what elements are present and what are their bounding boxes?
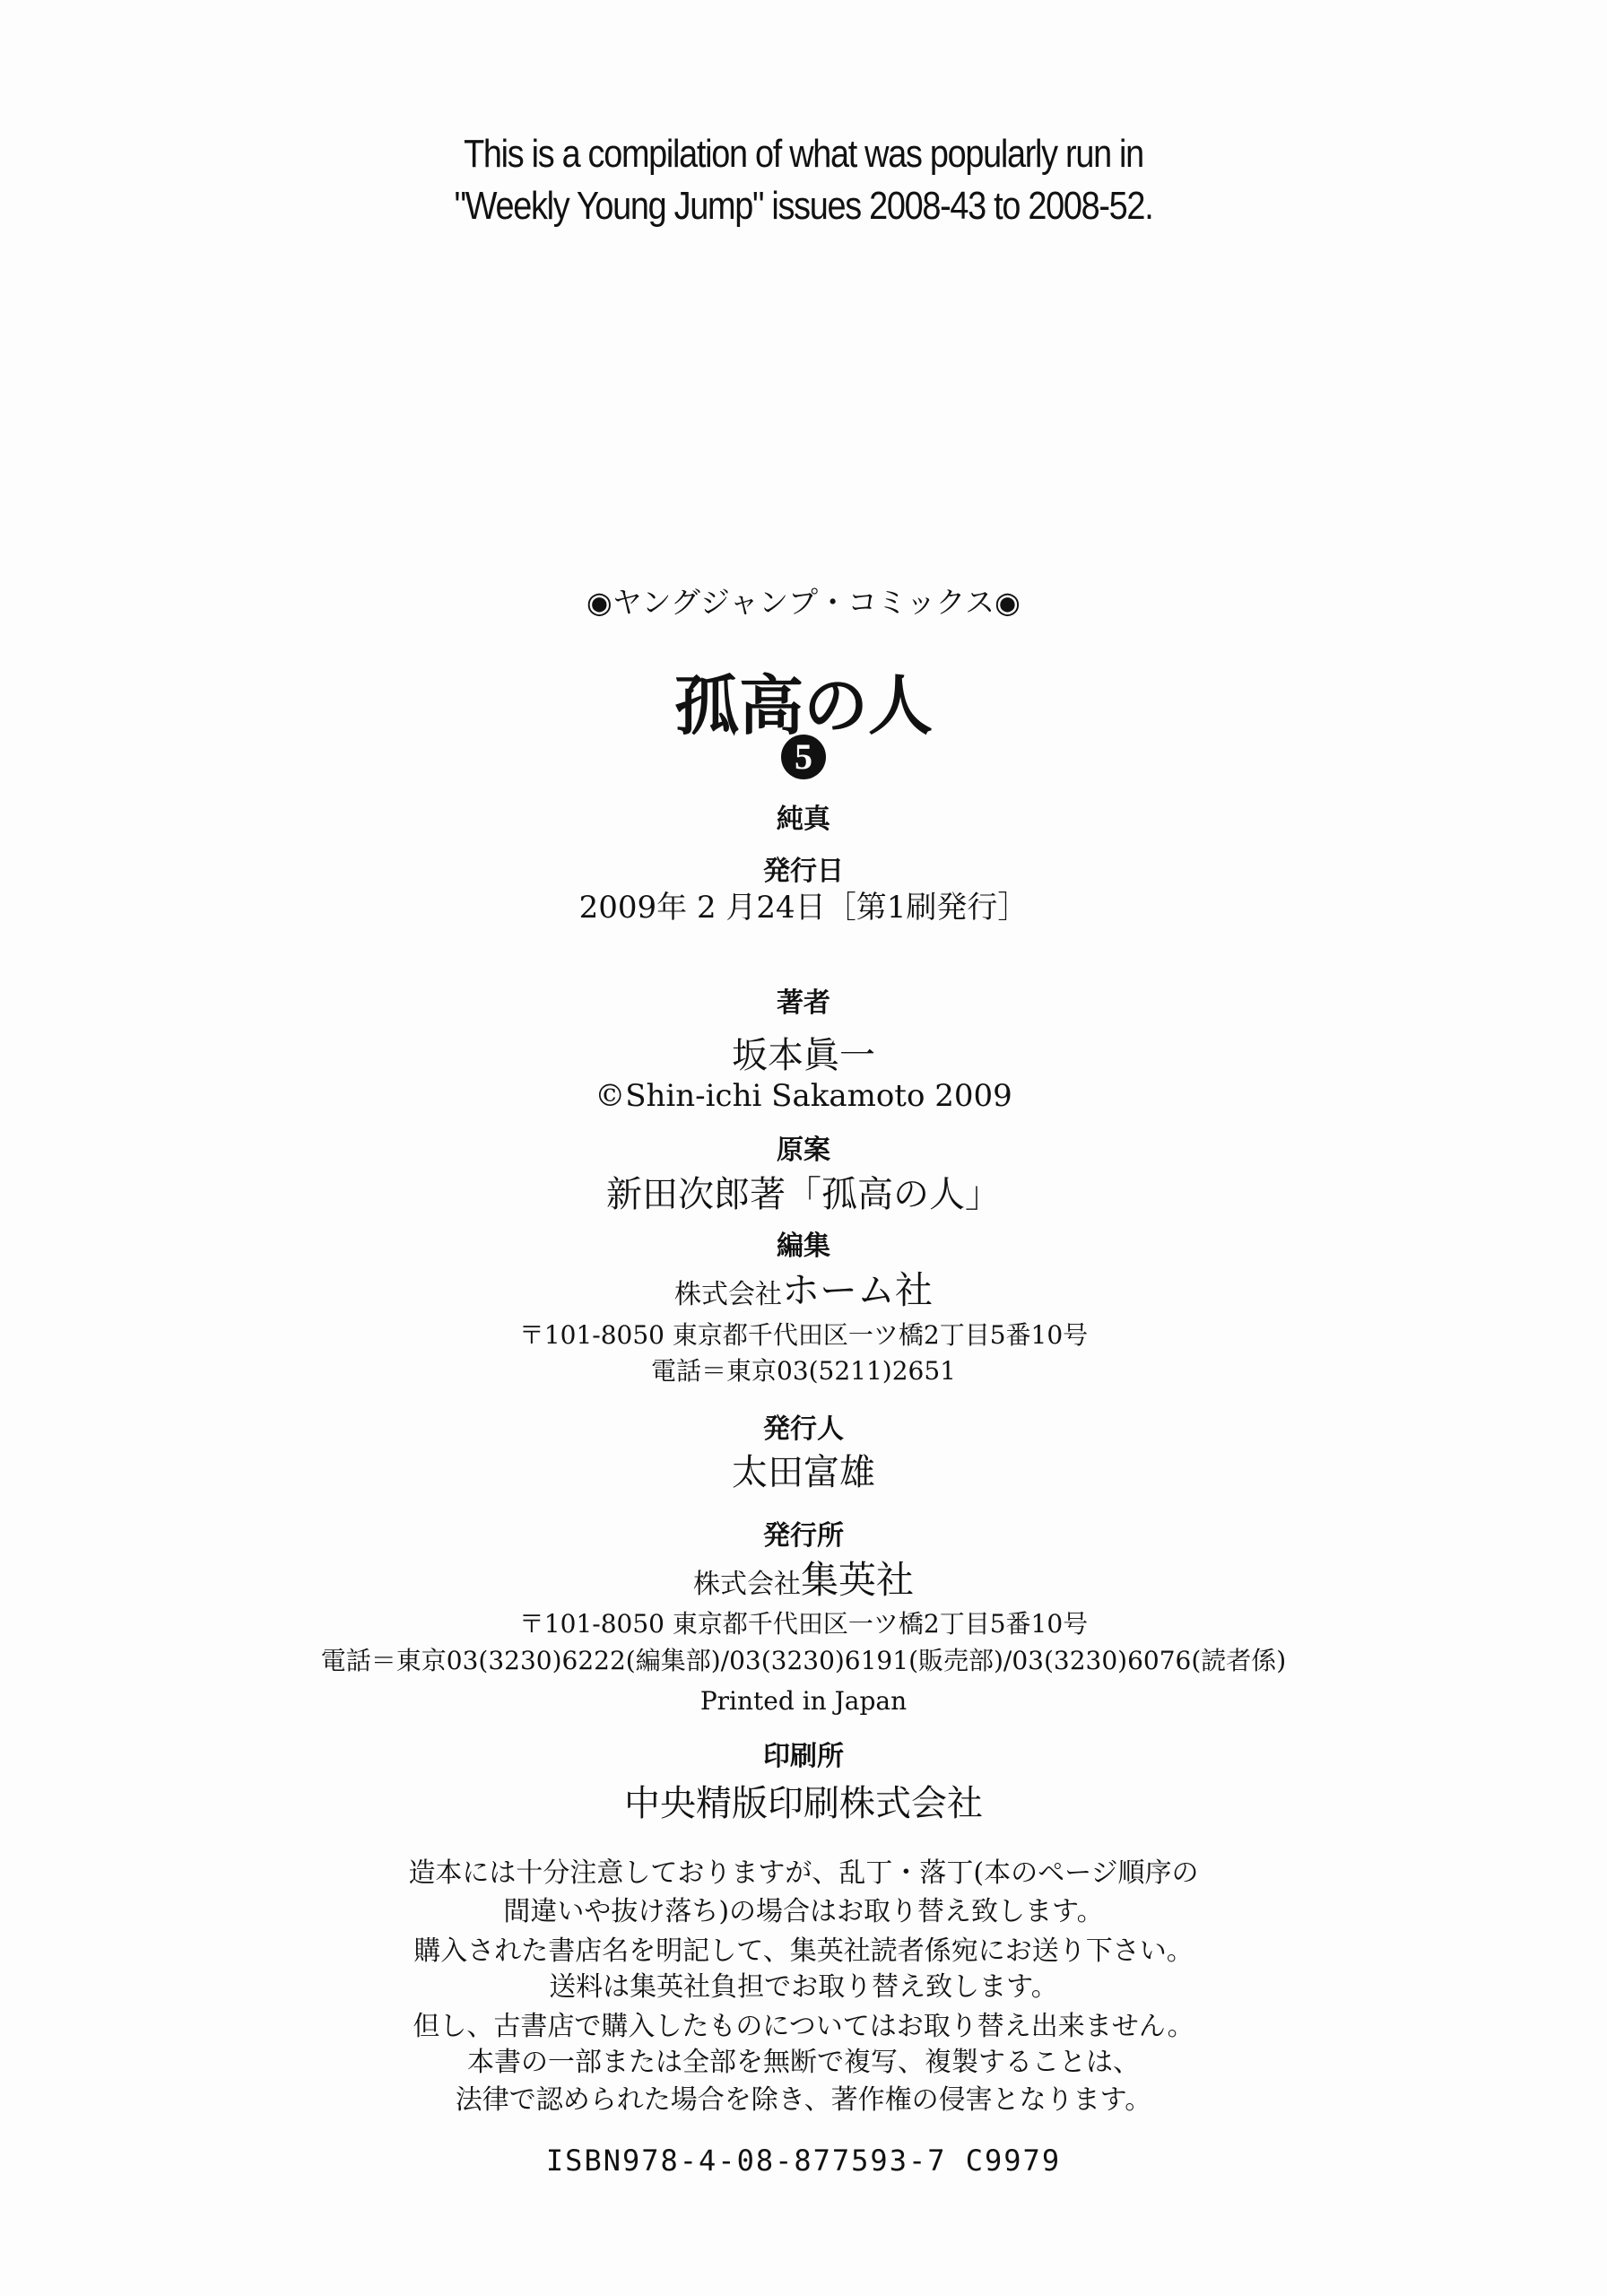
printer-name: 中央精版印刷株式会社 (0, 1786, 1607, 1822)
publisher-label: 発行所 (0, 1523, 1607, 1550)
original-work-value: 新田次郎著「孤高の人」 (0, 1177, 1607, 1213)
publisher-person-name: 太田富雄 (0, 1455, 1607, 1491)
publisher-company-prefix: 株式会社 (693, 1569, 801, 1600)
publisher-person-label: 発行人 (0, 1416, 1607, 1443)
notice-line: 本書の一部または全部を無断で複写、複製することは、 (0, 2049, 1607, 2076)
publisher-company-name: 集英社 (801, 1558, 914, 1602)
author-label: 著者 (0, 990, 1607, 1017)
notice-line: 但し、古書店で購入したものについてはお取り替え出来ません。 (0, 2013, 1607, 2040)
author-copyright: ©Shin-ichi Sakamoto 2009 (0, 1081, 1607, 1111)
subtitle: 純真 (0, 806, 1607, 833)
circled-number-icon: 5 (781, 735, 826, 779)
editing-company-name: ホーム社 (782, 1268, 933, 1312)
editing-phone: 電話＝東京03(5211)2651 (0, 1359, 1607, 1384)
editing-company: 株式会社ホーム社 (0, 1272, 1607, 1309)
compilation-note-line-2: "Weekly Young Jump" issues 2008-43 to 20… (112, 187, 1494, 226)
publisher-company: 株式会社集英社 (0, 1561, 1607, 1599)
volume-number: 5 (795, 739, 812, 775)
notice-line: 間違いや抜け落ち)の場合はお取り替え致します。 (0, 1899, 1607, 1926)
notice-line: 送料は集英社負担でお取り替え致します。 (0, 1974, 1607, 2001)
isbn-code: ISBN978-4-08-877593-7 C9979 (0, 2146, 1607, 2175)
notice-line: 購入された書店名を明記して、集英社読者係宛にお送り下さい。 (0, 1938, 1607, 1965)
editing-company-prefix: 株式会社 (674, 1279, 782, 1310)
volume-badge: 5 (0, 735, 1607, 779)
book-title: 孤高の人 (0, 674, 1607, 738)
publisher-address: 〒101-8050 東京都千代田区一ツ橋2丁目5番10号 (0, 1612, 1607, 1637)
author-name: 坂本眞一 (0, 1038, 1607, 1074)
printer-label: 印刷所 (0, 1744, 1607, 1770)
editing-label: 編集 (0, 1233, 1607, 1260)
series-label: ◉ヤングジャンプ・コミックス◉ (0, 587, 1607, 617)
compilation-note-line-1: This is a compilation of what was popula… (112, 135, 1494, 174)
printed-in: Printed in Japan (0, 1689, 1607, 1714)
publisher-phone: 電話＝東京03(3230)6222(編集部)/03(3230)6191(販売部)… (0, 1648, 1607, 1674)
notice-line: 法律で認められた場合を除き、著作権の侵害となります。 (0, 2087, 1607, 2114)
notice-line: 造本には十分注意しておりますが、乱丁・落丁(本のページ順序の (0, 1860, 1607, 1887)
editing-address: 〒101-8050 東京都千代田区一ツ橋2丁目5番10号 (0, 1323, 1607, 1348)
original-work-label: 原案 (0, 1137, 1607, 1164)
publication-date-value: 2009年 2 月24日［第1刷発行］ (0, 892, 1607, 923)
publication-date-label: 発行日 (0, 858, 1607, 885)
